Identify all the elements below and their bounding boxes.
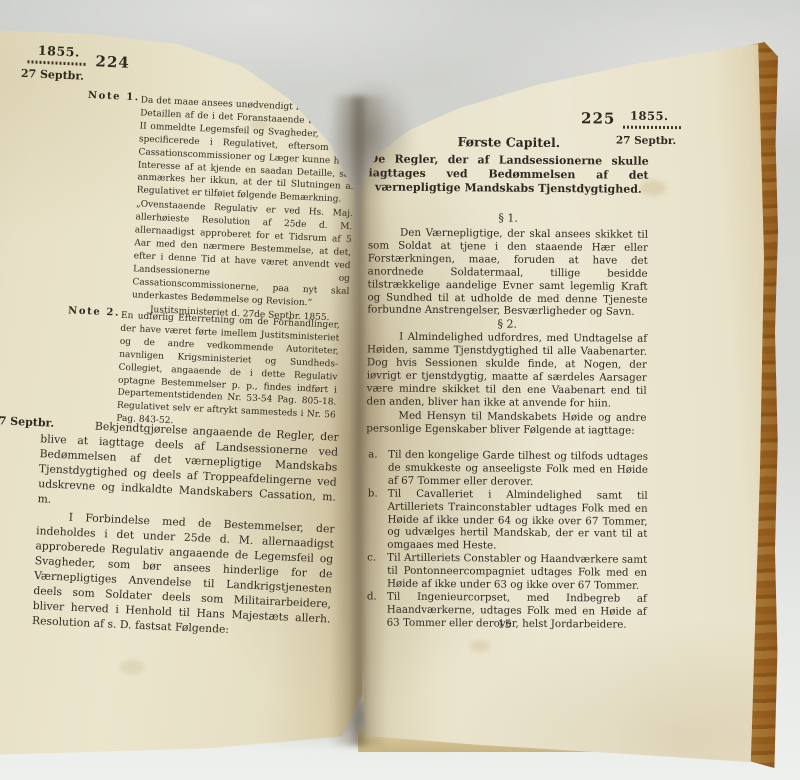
section-2-heading: § 2. bbox=[367, 316, 647, 331]
section-1-heading: § 1. bbox=[368, 210, 648, 225]
left-body-para-1: Bekjendtgjørelse angaaende de Regler, de… bbox=[37, 416, 339, 519]
section-2-text-block: I Almindelighed udfordres, med Undtagels… bbox=[366, 330, 647, 438]
left-page-number: 224 bbox=[95, 52, 130, 72]
foxing-spot bbox=[470, 640, 490, 652]
note-2-block: En udførlig Efterretning om de Forhandli… bbox=[116, 310, 340, 436]
height-rules-intro: Med Hensyn til Mandskabets Høide og andr… bbox=[366, 410, 646, 438]
left-body-block: Bekjendtgjørelse angaaende de Regler, de… bbox=[32, 416, 339, 641]
foxing-spot bbox=[250, 120, 268, 130]
height-rule-item-a: a. Til den kongelige Garde tilhest og ti… bbox=[366, 448, 648, 489]
right-year-label: 1855. bbox=[630, 109, 669, 123]
signature-mark: 15 bbox=[365, 616, 645, 631]
ornament-rule bbox=[623, 126, 681, 130]
left-year-label: 1855. bbox=[38, 43, 81, 60]
left-body-para-2: I Forbindelse med de Bestemmelser, der i… bbox=[32, 508, 335, 641]
left-page: 1855. 27 Septbr. 224 Note 1. Da det maae… bbox=[0, 22, 370, 760]
section-2-text: I Almindelighed udfordres, med Undtagels… bbox=[367, 330, 648, 410]
right-page-number: 225 bbox=[581, 109, 615, 127]
note-2-text: En udførlig Efterretning om de Forhandli… bbox=[116, 310, 340, 436]
height-rule-item-c: c. Til Artilleriets Constabler og Haandv… bbox=[365, 552, 647, 593]
item-text: Til Cavalleriet i Almindelighed samt til… bbox=[387, 487, 648, 552]
note-1-label: Note 1. bbox=[88, 90, 140, 103]
gutter-top-shadow bbox=[322, 78, 432, 208]
height-rule-item-b: b. Til Cavalleriet i Almindelighed samt … bbox=[365, 487, 648, 554]
ornament-rule bbox=[27, 60, 87, 66]
item-text: Til den kongelige Garde tilhest og tilfo… bbox=[388, 449, 648, 488]
section-1-text: Den Værnepligtige, der skal ansees skikk… bbox=[367, 226, 648, 319]
note-2-label: Note 2. bbox=[68, 305, 120, 318]
height-rules-list: a. Til den kongelige Garde tilhest og ti… bbox=[365, 448, 649, 631]
left-margin-date: 27 Septbr. bbox=[21, 67, 85, 83]
section-1-text-block: Den Værnepligtige, der skal ansees skikk… bbox=[367, 226, 648, 319]
item-text: Til Artilleriets Constabler og Haandværk… bbox=[387, 552, 647, 592]
note-1-quote: „Ovenstaaende Regulativ er ved Hs. Maj. … bbox=[132, 199, 353, 312]
foxing-spot bbox=[640, 180, 666, 196]
book-photo: 1855. 27 Septbr. 224 Note 1. Da det maae… bbox=[0, 0, 800, 780]
foxing-spot bbox=[120, 660, 144, 674]
